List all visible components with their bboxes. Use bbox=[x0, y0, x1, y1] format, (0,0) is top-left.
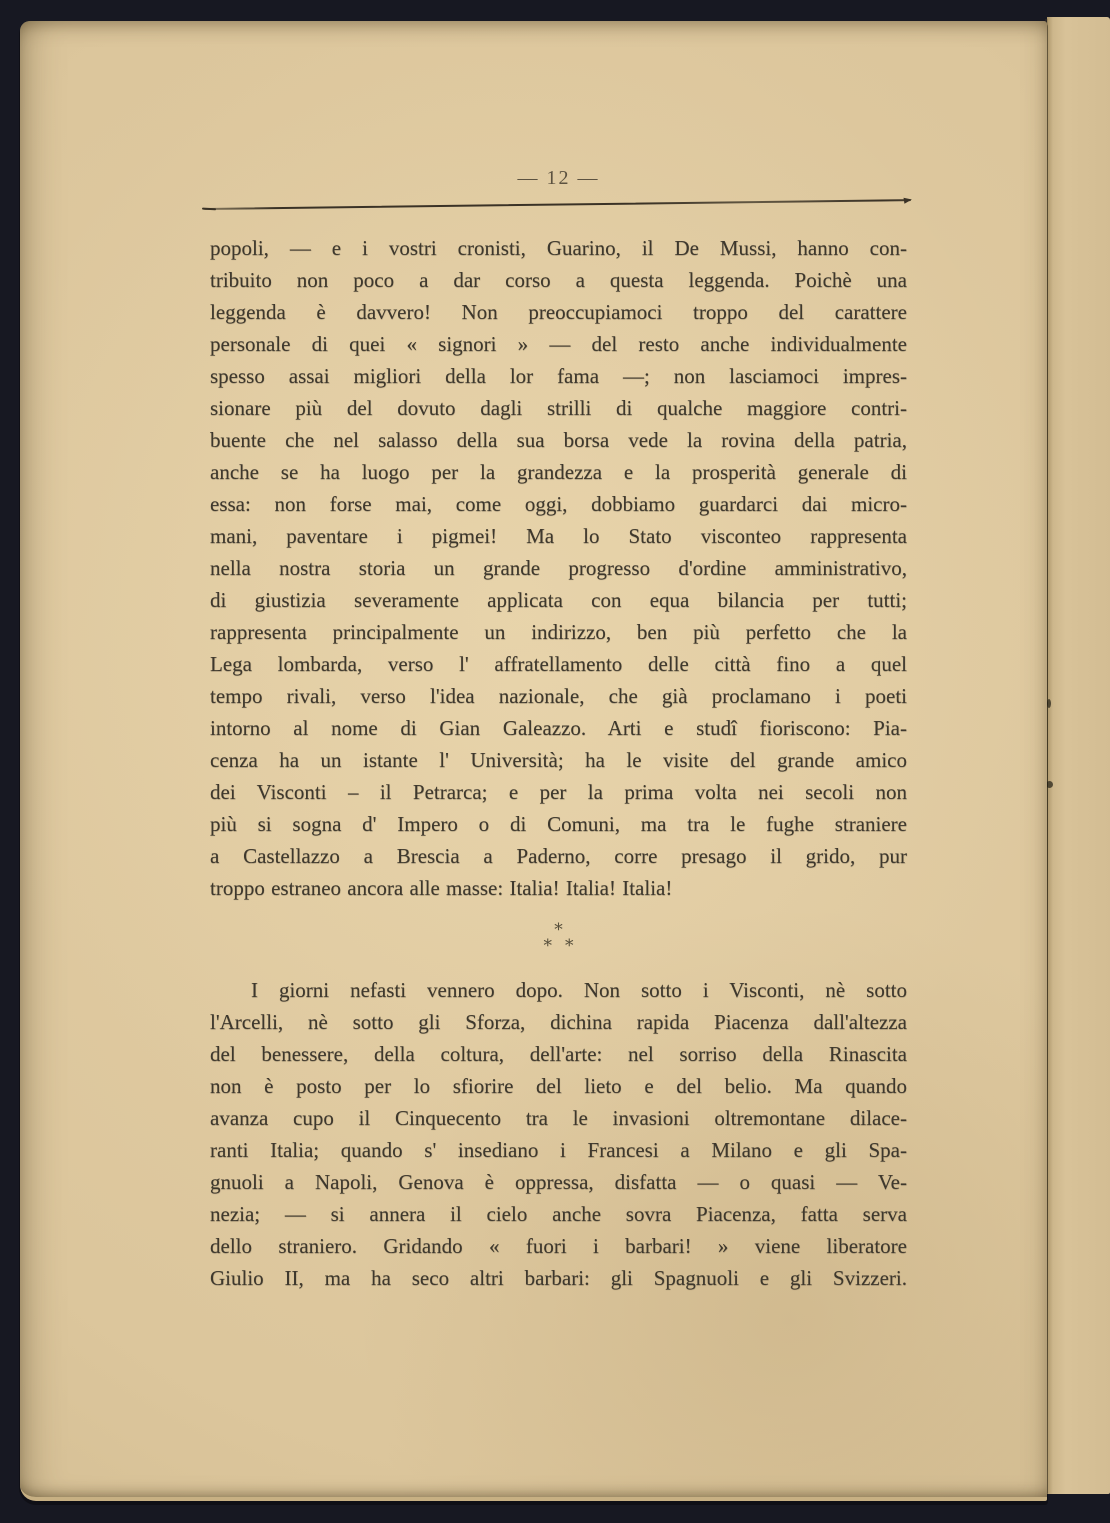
text-line: sionare più del dovuto dagli strilli di … bbox=[210, 392, 907, 424]
text-line: troppo estraneo ancora alle masse: Itali… bbox=[210, 872, 907, 904]
text-line: intorno al nome di Gian Galeazzo. Arti e… bbox=[210, 712, 907, 744]
text-line: dello straniero. Gridando « fuori i barb… bbox=[210, 1230, 907, 1262]
fold-speck bbox=[1047, 699, 1051, 708]
text-line: Giulio II, ma ha seco altri barbari: gli… bbox=[210, 1262, 907, 1294]
text-line: tempo rivali, verso l'idea nazionale, ch… bbox=[210, 680, 907, 712]
book-page: — 12 — popoli, — e i vostri cronisti, Gu… bbox=[20, 21, 1047, 1501]
text-line: nella nostra storia un grande progresso … bbox=[210, 552, 907, 584]
adjacent-page-edge bbox=[1047, 17, 1110, 1494]
page-number: — 12 — bbox=[210, 167, 907, 193]
text-line: leggenda è davvero! Non preoccupiamoci t… bbox=[210, 296, 907, 328]
text-line: I giorni nefasti vennero dopo. Non sotto… bbox=[210, 974, 907, 1006]
asterism-separator: * * * bbox=[210, 912, 907, 964]
paragraph-1: popoli, — e i vostri cronisti, Guarino, … bbox=[210, 232, 907, 904]
paragraph-2: I giorni nefasti vennero dopo. Non sotto… bbox=[210, 974, 907, 1294]
asterisk-icon: * bbox=[554, 923, 563, 938]
fold-speck bbox=[1046, 781, 1053, 788]
text-line: gnuoli a Napoli, Genova è oppressa, disf… bbox=[210, 1166, 907, 1198]
text-line: dei Visconti – il Petrarca; e per la pri… bbox=[210, 776, 907, 808]
text-line: più si sogna d' Impero o di Comuni, ma t… bbox=[210, 808, 907, 840]
asterisk-icon: * bbox=[565, 939, 574, 954]
text-line: ranti Italia; quando s' insediano i Fran… bbox=[210, 1134, 907, 1166]
text-line: non è posto per lo sfiorire del lieto e … bbox=[210, 1070, 907, 1102]
text-line: Lega lombarda, verso l' affratellamento … bbox=[210, 648, 907, 680]
asterism-bottom-row: * * bbox=[544, 939, 574, 954]
text-line: mani, paventare i pigmei! Ma lo Stato vi… bbox=[210, 520, 907, 552]
text-line: del benessere, della coltura, dell'arte:… bbox=[210, 1038, 907, 1070]
scan-background: — 12 — popoli, — e i vostri cronisti, Gu… bbox=[0, 0, 1110, 1523]
text-line: l'Arcelli, nè sotto gli Sforza, dichina … bbox=[210, 1006, 907, 1038]
text-line: anche se ha luogo per la grandezza e la … bbox=[210, 456, 907, 488]
asterism-top-row: * bbox=[554, 923, 563, 938]
text-line: nezia; — si annera il cielo anche sovra … bbox=[210, 1198, 907, 1230]
text-line: rappresenta principalmente un indirizzo,… bbox=[210, 616, 907, 648]
text-line: essa: non forse mai, come oggi, dobbiamo… bbox=[210, 488, 907, 520]
asterisk-icon: * bbox=[544, 939, 553, 954]
text-line: personale di quei « signori » — del rest… bbox=[210, 328, 907, 360]
text-line: buente che nel salasso della sua borsa v… bbox=[210, 424, 907, 456]
text-line: spesso assai migliori della lor fama —; … bbox=[210, 360, 907, 392]
text-line: a Castellazzo a Brescia a Paderno, corre… bbox=[210, 840, 907, 872]
text-line: tribuito non poco a dar corso a questa l… bbox=[210, 264, 907, 296]
header-rule bbox=[204, 199, 911, 210]
text-line: avanza cupo il Cinquecento tra le invasi… bbox=[210, 1102, 907, 1134]
text-line: popoli, — e i vostri cronisti, Guarino, … bbox=[210, 232, 907, 264]
text-line: di giustizia severamente applicata con e… bbox=[210, 584, 907, 616]
text-line: cenza ha un istante l' Università; ha le… bbox=[210, 744, 907, 776]
